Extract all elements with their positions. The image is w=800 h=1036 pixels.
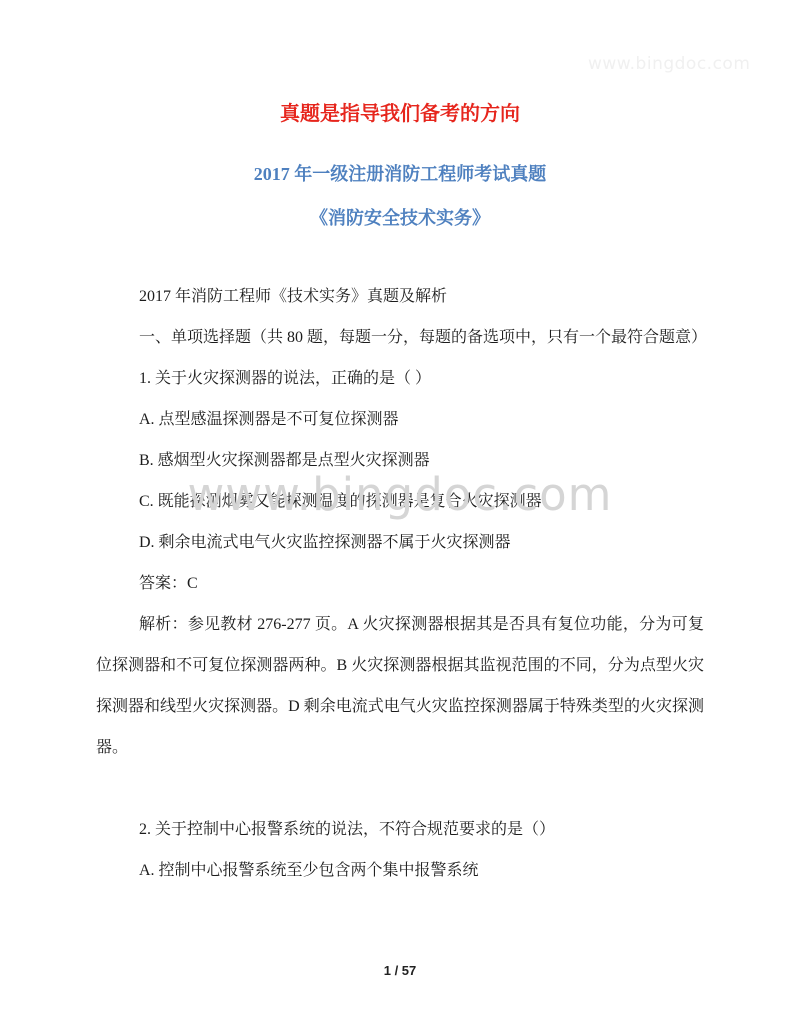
question-1-option-d: D. 剩余电流式电气火灾监控探测器不属于火灾探测器 [96, 522, 704, 563]
document-page: www.bingdoc.com 真题是指导我们备考的方向 2017 年一级注册消… [0, 0, 800, 1036]
paragraph-spacer [96, 768, 704, 809]
question-1-stem: 1. 关于火灾探测器的说法，正确的是（ ） [96, 358, 704, 399]
question-2-option-a: A. 控制中心报警系统至少包含两个集中报警系统 [96, 850, 704, 891]
page-title: 真题是指导我们备考的方向 [0, 102, 800, 126]
page-number: 1 / 57 [0, 963, 800, 978]
question-1-answer: 答案：C [96, 563, 704, 604]
question-1-option-a: A. 点型感温探测器是不可复位探测器 [96, 399, 704, 440]
question-1-option-c: C. 既能探测烟雾又能探测温度的探测器是复合火灾探测器 [96, 481, 704, 522]
question-1-option-b: B. 感烟型火灾探测器都是点型火灾探测器 [96, 440, 704, 481]
document-body: 2017 年消防工程师《技术实务》真题及解析 一、单项选择题（共 80 题，每题… [96, 276, 704, 891]
body-heading: 2017 年消防工程师《技术实务》真题及解析 [96, 276, 704, 317]
doc-title: 2017 年一级注册消防工程师考试真题 [0, 162, 800, 186]
doc-subtitle: 《消防安全技术实务》 [0, 206, 800, 230]
watermark-top-right: www.bingdoc.com [588, 54, 750, 74]
question-2-stem: 2. 关于控制中心报警系统的说法，不符合规范要求的是（） [96, 809, 704, 850]
section-intro: 一、单项选择题（共 80 题，每题一分，每题的备选项中，只有一个最符合题意） [96, 317, 704, 358]
question-1-analysis: 解析：参见教材 276-277 页。A 火灾探测器根据其是否具有复位功能，分为可… [96, 604, 704, 768]
